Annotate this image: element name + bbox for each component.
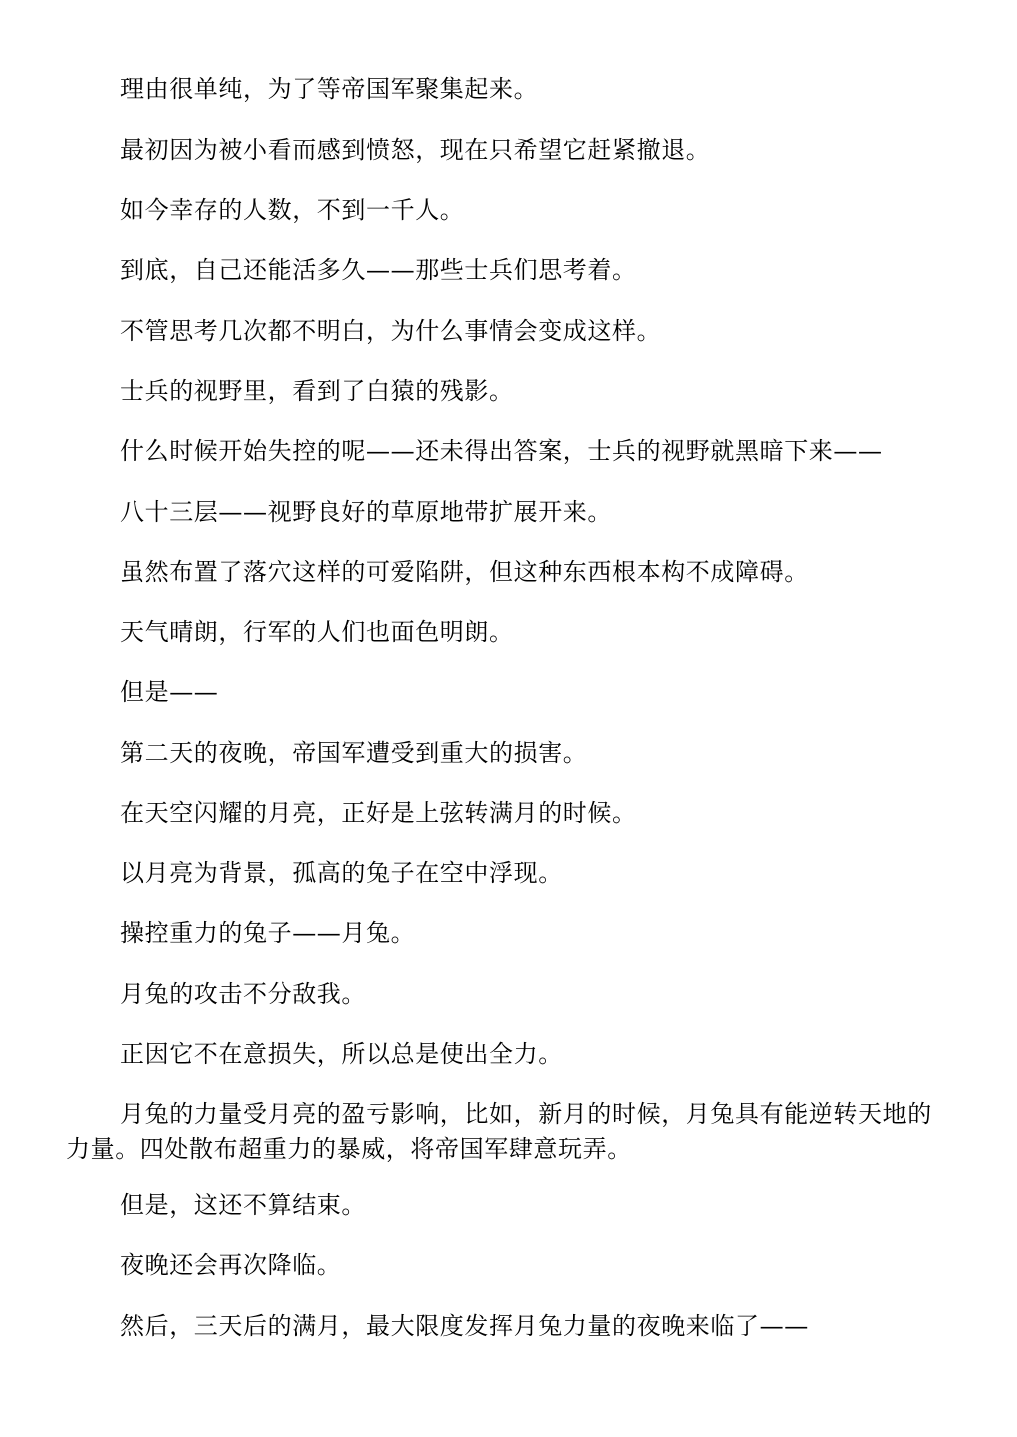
paragraph: 第二天的夜晚，帝国军遭受到重大的损害。 — [66, 736, 936, 771]
paragraph: 理由很单纯，为了等帝国军聚集起来。 — [66, 72, 936, 107]
paragraph: 月兔的力量受月亮的盈亏影响，比如，新月的时候，月兔具有能逆转天地的力量。四处散布… — [66, 1097, 936, 1167]
paragraph: 虽然布置了落穴这样的可爱陷阱，但这种东西根本构不成障碍。 — [66, 555, 936, 590]
paragraph: 正因它不在意损失，所以总是使出全力。 — [66, 1037, 936, 1072]
paragraph: 然后，三天后的满月，最大限度发挥月兔力量的夜晚来临了—— — [66, 1309, 936, 1344]
paragraph: 天气晴朗，行军的人们也面色明朗。 — [66, 615, 936, 650]
paragraph: 什么时候开始失控的呢——还未得出答案，士兵的视野就黑暗下来—— — [66, 434, 936, 469]
paragraph: 以月亮为背景，孤高的兔子在空中浮现。 — [66, 856, 936, 891]
paragraph: 在天空闪耀的月亮，正好是上弦转满月的时候。 — [66, 796, 936, 831]
paragraph: 到底，自己还能活多久——那些士兵们思考着。 — [66, 253, 936, 288]
paragraph: 操控重力的兔子——月兔。 — [66, 916, 936, 951]
paragraph: 但是—— — [66, 675, 936, 710]
paragraph: 不管思考几次都不明白，为什么事情会变成这样。 — [66, 314, 936, 349]
paragraph: 如今幸存的人数，不到一千人。 — [66, 193, 936, 228]
paragraph: 月兔的攻击不分敌我。 — [66, 977, 936, 1012]
paragraph: 但是，这还不算结束。 — [66, 1188, 936, 1223]
paragraph: 八十三层——视野良好的草原地带扩展开来。 — [66, 495, 936, 530]
paragraph: 士兵的视野里，看到了白猿的残影。 — [66, 374, 936, 409]
paragraph: 最初因为被小看而感到愤怒，现在只希望它赶紧撤退。 — [66, 133, 936, 168]
paragraph: 夜晚还会再次降临。 — [66, 1248, 936, 1283]
